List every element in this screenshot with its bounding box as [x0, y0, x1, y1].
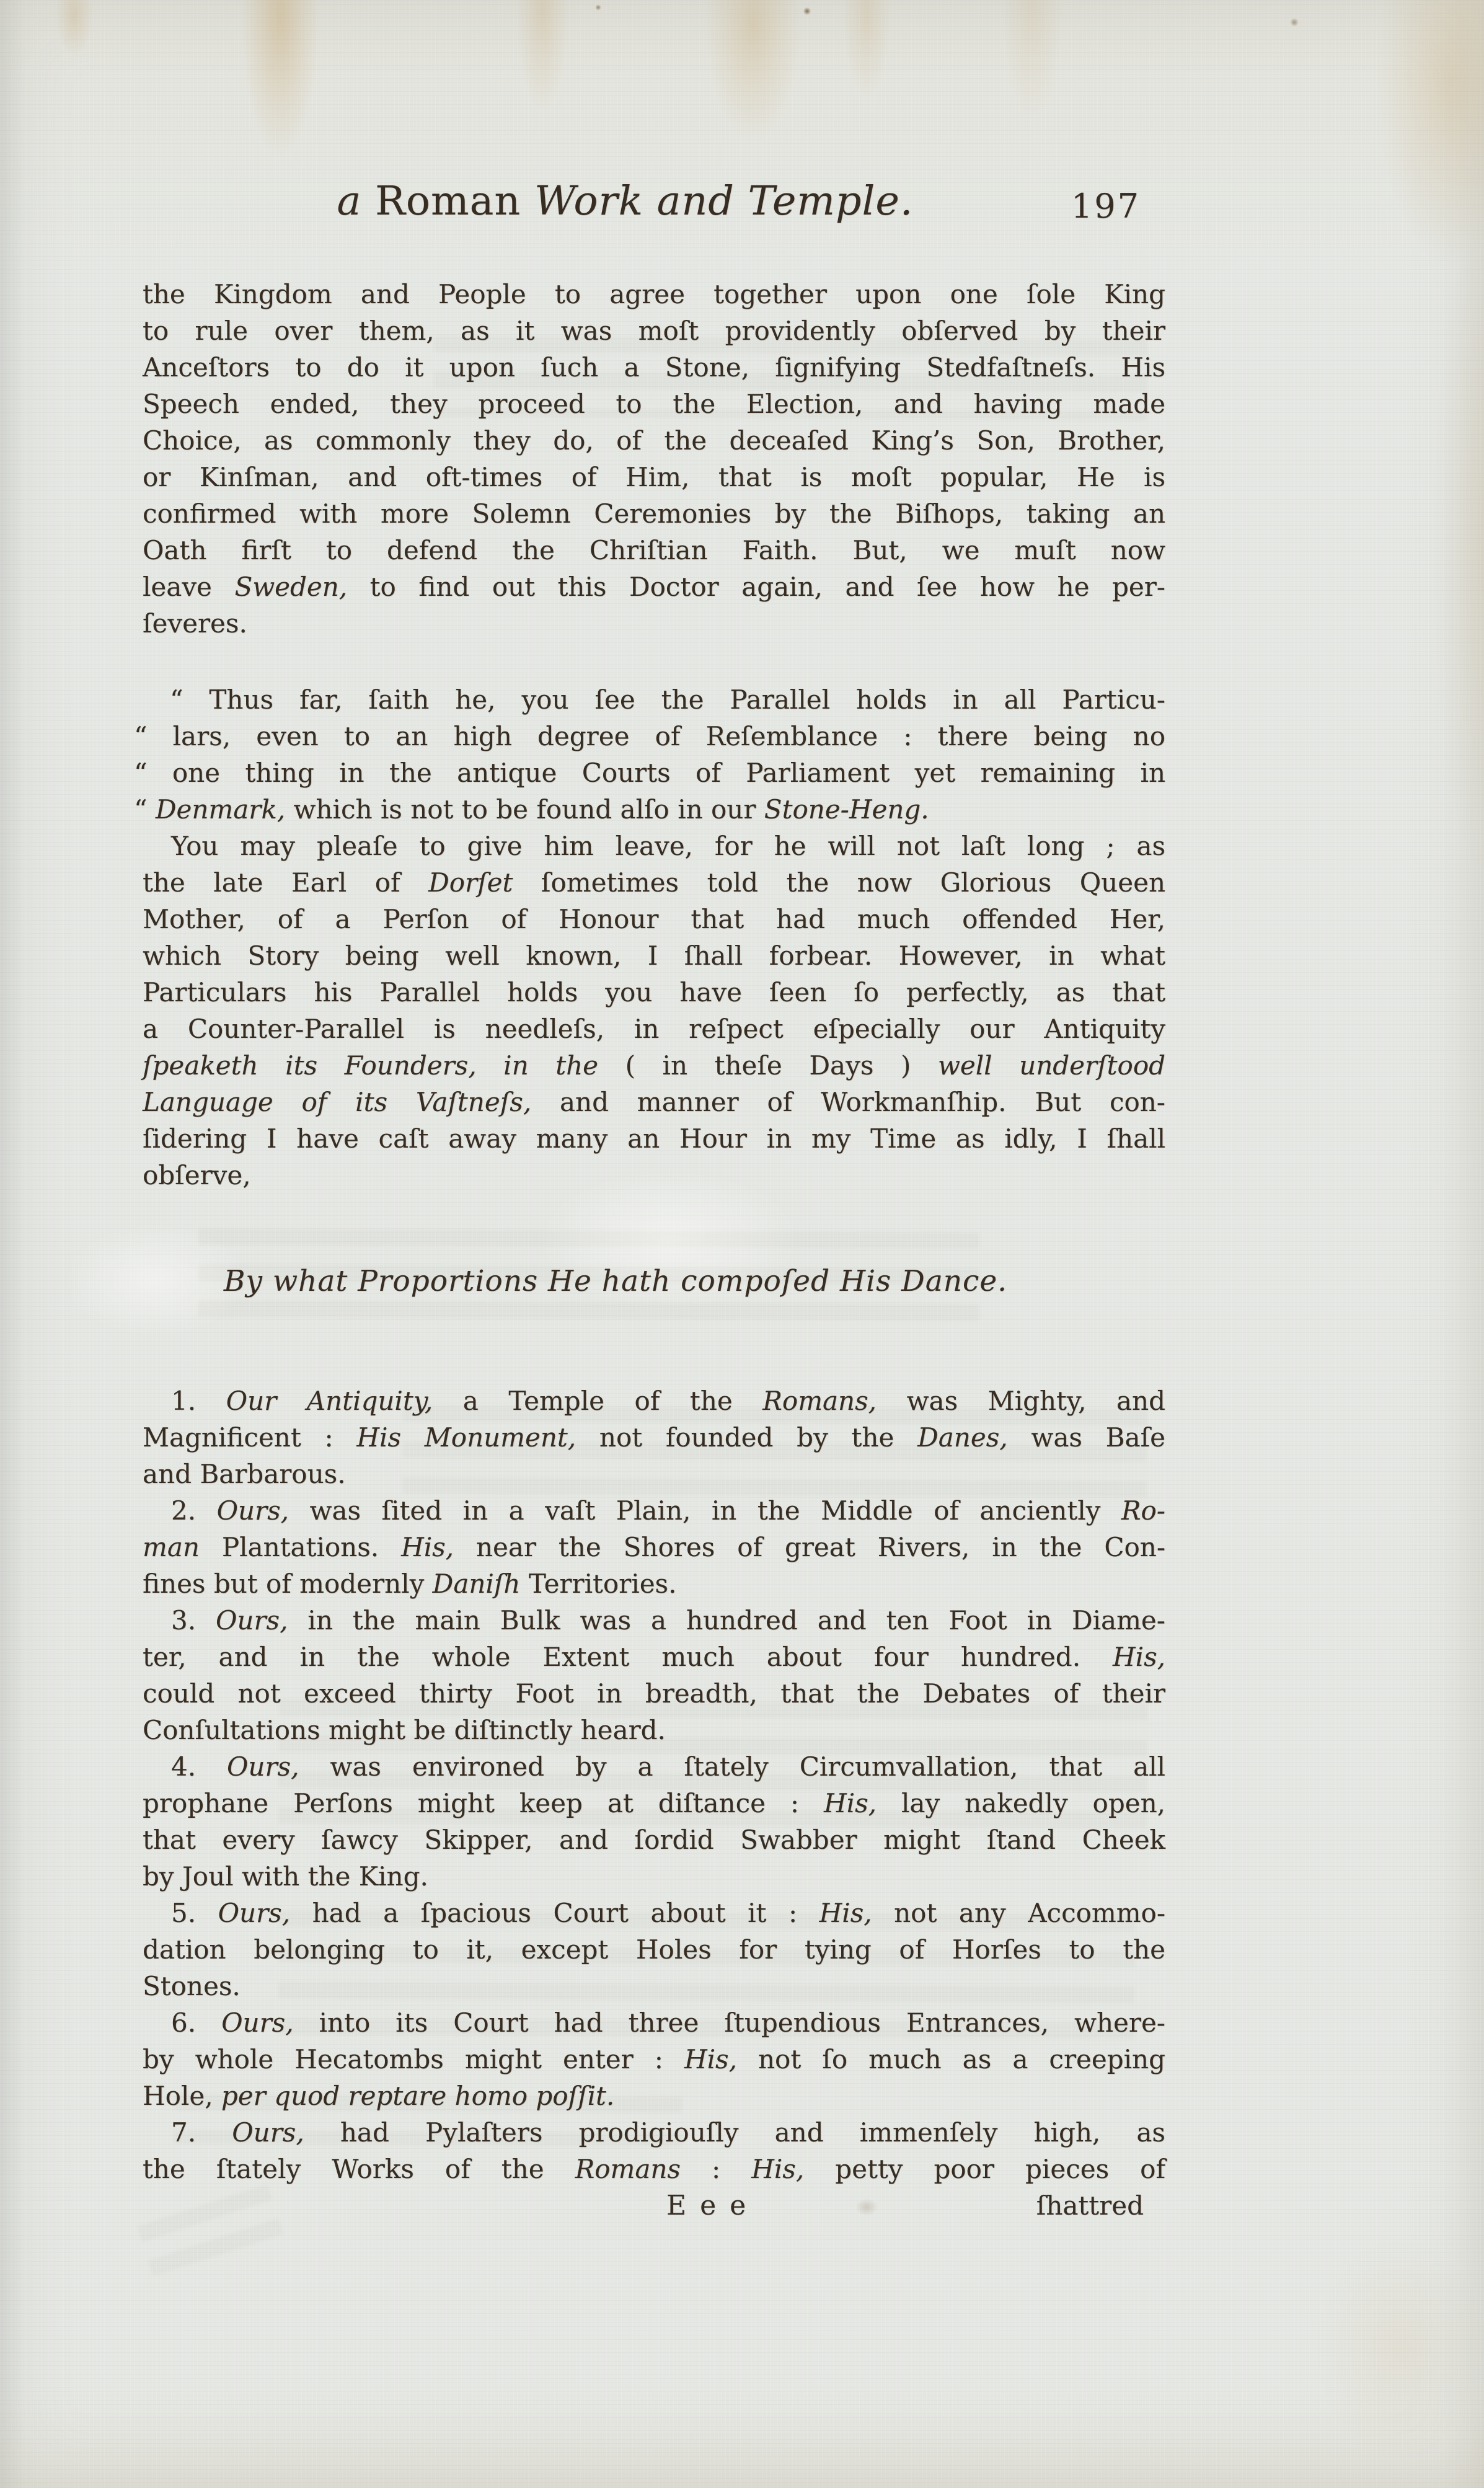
text-line: confirmed with more Solemn Ceremonies by… — [143, 495, 1165, 532]
text-line: Mother, of a Perſon of Honour that had m… — [143, 901, 1165, 937]
text-line: 2. Ours, was ſited in a vaſt Plain, in t… — [143, 1492, 1165, 1529]
text-line: obſerve, — [143, 1157, 1165, 1193]
paragraph-quoted-parallel: “ Thus far, ſaith he, you ſee the Parall… — [143, 681, 1165, 828]
text-line: 7. Ours, had Pylaſters prodigiouſly and … — [143, 2114, 1165, 2151]
text-line: 3. Ours, in the main Bulk was a hundred … — [143, 1602, 1165, 1639]
text-line: Anceſtors to do it upon ſuch a Stone, ſi… — [143, 349, 1165, 386]
text-line: Language of its Vaſtneſs, and manner of … — [143, 1084, 1165, 1120]
page-footer: E e e ſhattred — [143, 2187, 1165, 2225]
text-line: You may pleaſe to give him leave, for he… — [143, 828, 1165, 864]
text-line: by Joul with the King. — [143, 1858, 1165, 1895]
section-heading: By what Proportions He hath compoſed His… — [104, 1263, 1127, 1299]
text-line: that every ſawcy Skipper, and ſordid Swa… — [143, 1822, 1165, 1858]
catchword: ſhattred — [1036, 2187, 1144, 2224]
text-line: “ Denmark, which is not to be found alſo… — [143, 791, 1165, 828]
text-line: “ Thus far, ſaith he, you ſee the Parall… — [143, 681, 1165, 718]
text-line: Speech ended, they proceed to the Electi… — [143, 386, 1165, 422]
text-line: 1. Our Antiquity, a Temple of the Romans… — [143, 1383, 1165, 1419]
text-line: to rule over them, as it was moſt provid… — [143, 312, 1165, 349]
text-line: and Barbarous. — [143, 1456, 1165, 1492]
comparison-5: 5. Ours, had a ſpacious Court about it :… — [143, 1895, 1165, 2004]
comparison-7: 7. Ours, had Pylaſters prodigiouſly and … — [143, 2114, 1165, 2187]
comparison-1: 1. Our Antiquity, a Temple of the Romans… — [143, 1383, 1165, 1492]
title-segment-a: a — [337, 178, 375, 224]
text-line: fines but of modernly Daniſh Territories… — [143, 1565, 1165, 1602]
comparison-6: 6. Ours, into its Court had three ſtupen… — [143, 2004, 1165, 2114]
text-line: Hole, per quod reptare homo poſſit. — [143, 2078, 1165, 2114]
numbered-comparisons: 1. Our Antiquity, a Temple of the Romans… — [143, 1383, 1165, 2187]
text-line: Choice, as commonly they do, of the dece… — [143, 422, 1165, 459]
text-line: 6. Ours, into its Court had three ſtupen… — [143, 2004, 1165, 2041]
text-line: “ one thing in the antique Courts of Par… — [143, 755, 1165, 791]
text-line: or Kinſman, and oft-times of Him, that i… — [143, 459, 1165, 495]
text-line: which Story being well known, I ſhall fo… — [143, 937, 1165, 974]
text-line: ſeveres. — [143, 605, 1165, 642]
text-line: Oath firſt to defend the Chriſtian Faith… — [143, 532, 1165, 569]
body-paragraphs: the Kingdom and People to agree together… — [143, 276, 1165, 1193]
paragraph-kingdom-election: the Kingdom and People to agree together… — [143, 276, 1165, 642]
text-line: ter, and in the whole Extent much about … — [143, 1639, 1165, 1675]
text-line: 4. Ours, was environed by a ſtately Circ… — [143, 1748, 1165, 1785]
signature-mark: E e e — [666, 2187, 748, 2224]
comparison-3: 3. Ours, in the main Bulk was a hundred … — [143, 1602, 1165, 1748]
comparison-4: 4. Ours, was environed by a ſtately Circ… — [143, 1748, 1165, 1895]
running-title: a Roman Work and Temple. — [337, 183, 914, 219]
text-line: ſidering I have caſt away many an Hour i… — [143, 1120, 1165, 1157]
text-line: the late Earl of Dorſet ſometimes told t… — [143, 864, 1165, 901]
title-segment-work-and-temple: Work and Temple. — [534, 178, 913, 224]
text-line: a Counter-Parallel is needleſs, in reſpe… — [143, 1011, 1165, 1047]
text-line: 5. Ours, had a ſpacious Court about it :… — [143, 1895, 1165, 1931]
title-segment-roman: Roman — [375, 178, 534, 224]
text-line: by whole Hecatombs might enter : His, no… — [143, 2041, 1165, 2078]
paragraph-counter-parallel: You may pleaſe to give him leave, for he… — [143, 828, 1165, 1193]
text-line: prophane Perſons might keep at diſtance … — [143, 1785, 1165, 1822]
text-line: Stones. — [143, 1968, 1165, 2004]
text-line: could not exceed thirty Foot in breadth,… — [143, 1675, 1165, 1712]
page-number: 197 — [1071, 188, 1141, 224]
text-line: Conſultations might be diſtinctly heard. — [143, 1712, 1165, 1748]
running-header: a Roman Work and Temple. 197 — [143, 183, 1165, 245]
text-line: Particulars his Parallel holds you have … — [143, 974, 1165, 1011]
text-line: the ſtately Works of the Romans : His, p… — [143, 2151, 1165, 2187]
text-line: dation belonging to it, except Holes for… — [143, 1931, 1165, 1968]
comparison-2: 2. Ours, was ſited in a vaſt Plain, in t… — [143, 1492, 1165, 1602]
book-page: a Roman Work and Temple. 197 the Kingdom… — [0, 0, 1484, 2488]
text-line: Magnificent : His Monument, not founded … — [143, 1419, 1165, 1456]
text-line: man Plantations. His, near the Shores of… — [143, 1529, 1165, 1565]
text-line: the Kingdom and People to agree together… — [143, 276, 1165, 312]
text-line: ſpeaketh its Founders, in the ( in theſe… — [143, 1047, 1165, 1084]
text-line: “ lars, even to an high degree of Reſemb… — [143, 718, 1165, 755]
text-line: leave Sweden, to find out this Doctor ag… — [143, 569, 1165, 605]
page-content: a Roman Work and Temple. 197 the Kingdom… — [143, 183, 1165, 2225]
